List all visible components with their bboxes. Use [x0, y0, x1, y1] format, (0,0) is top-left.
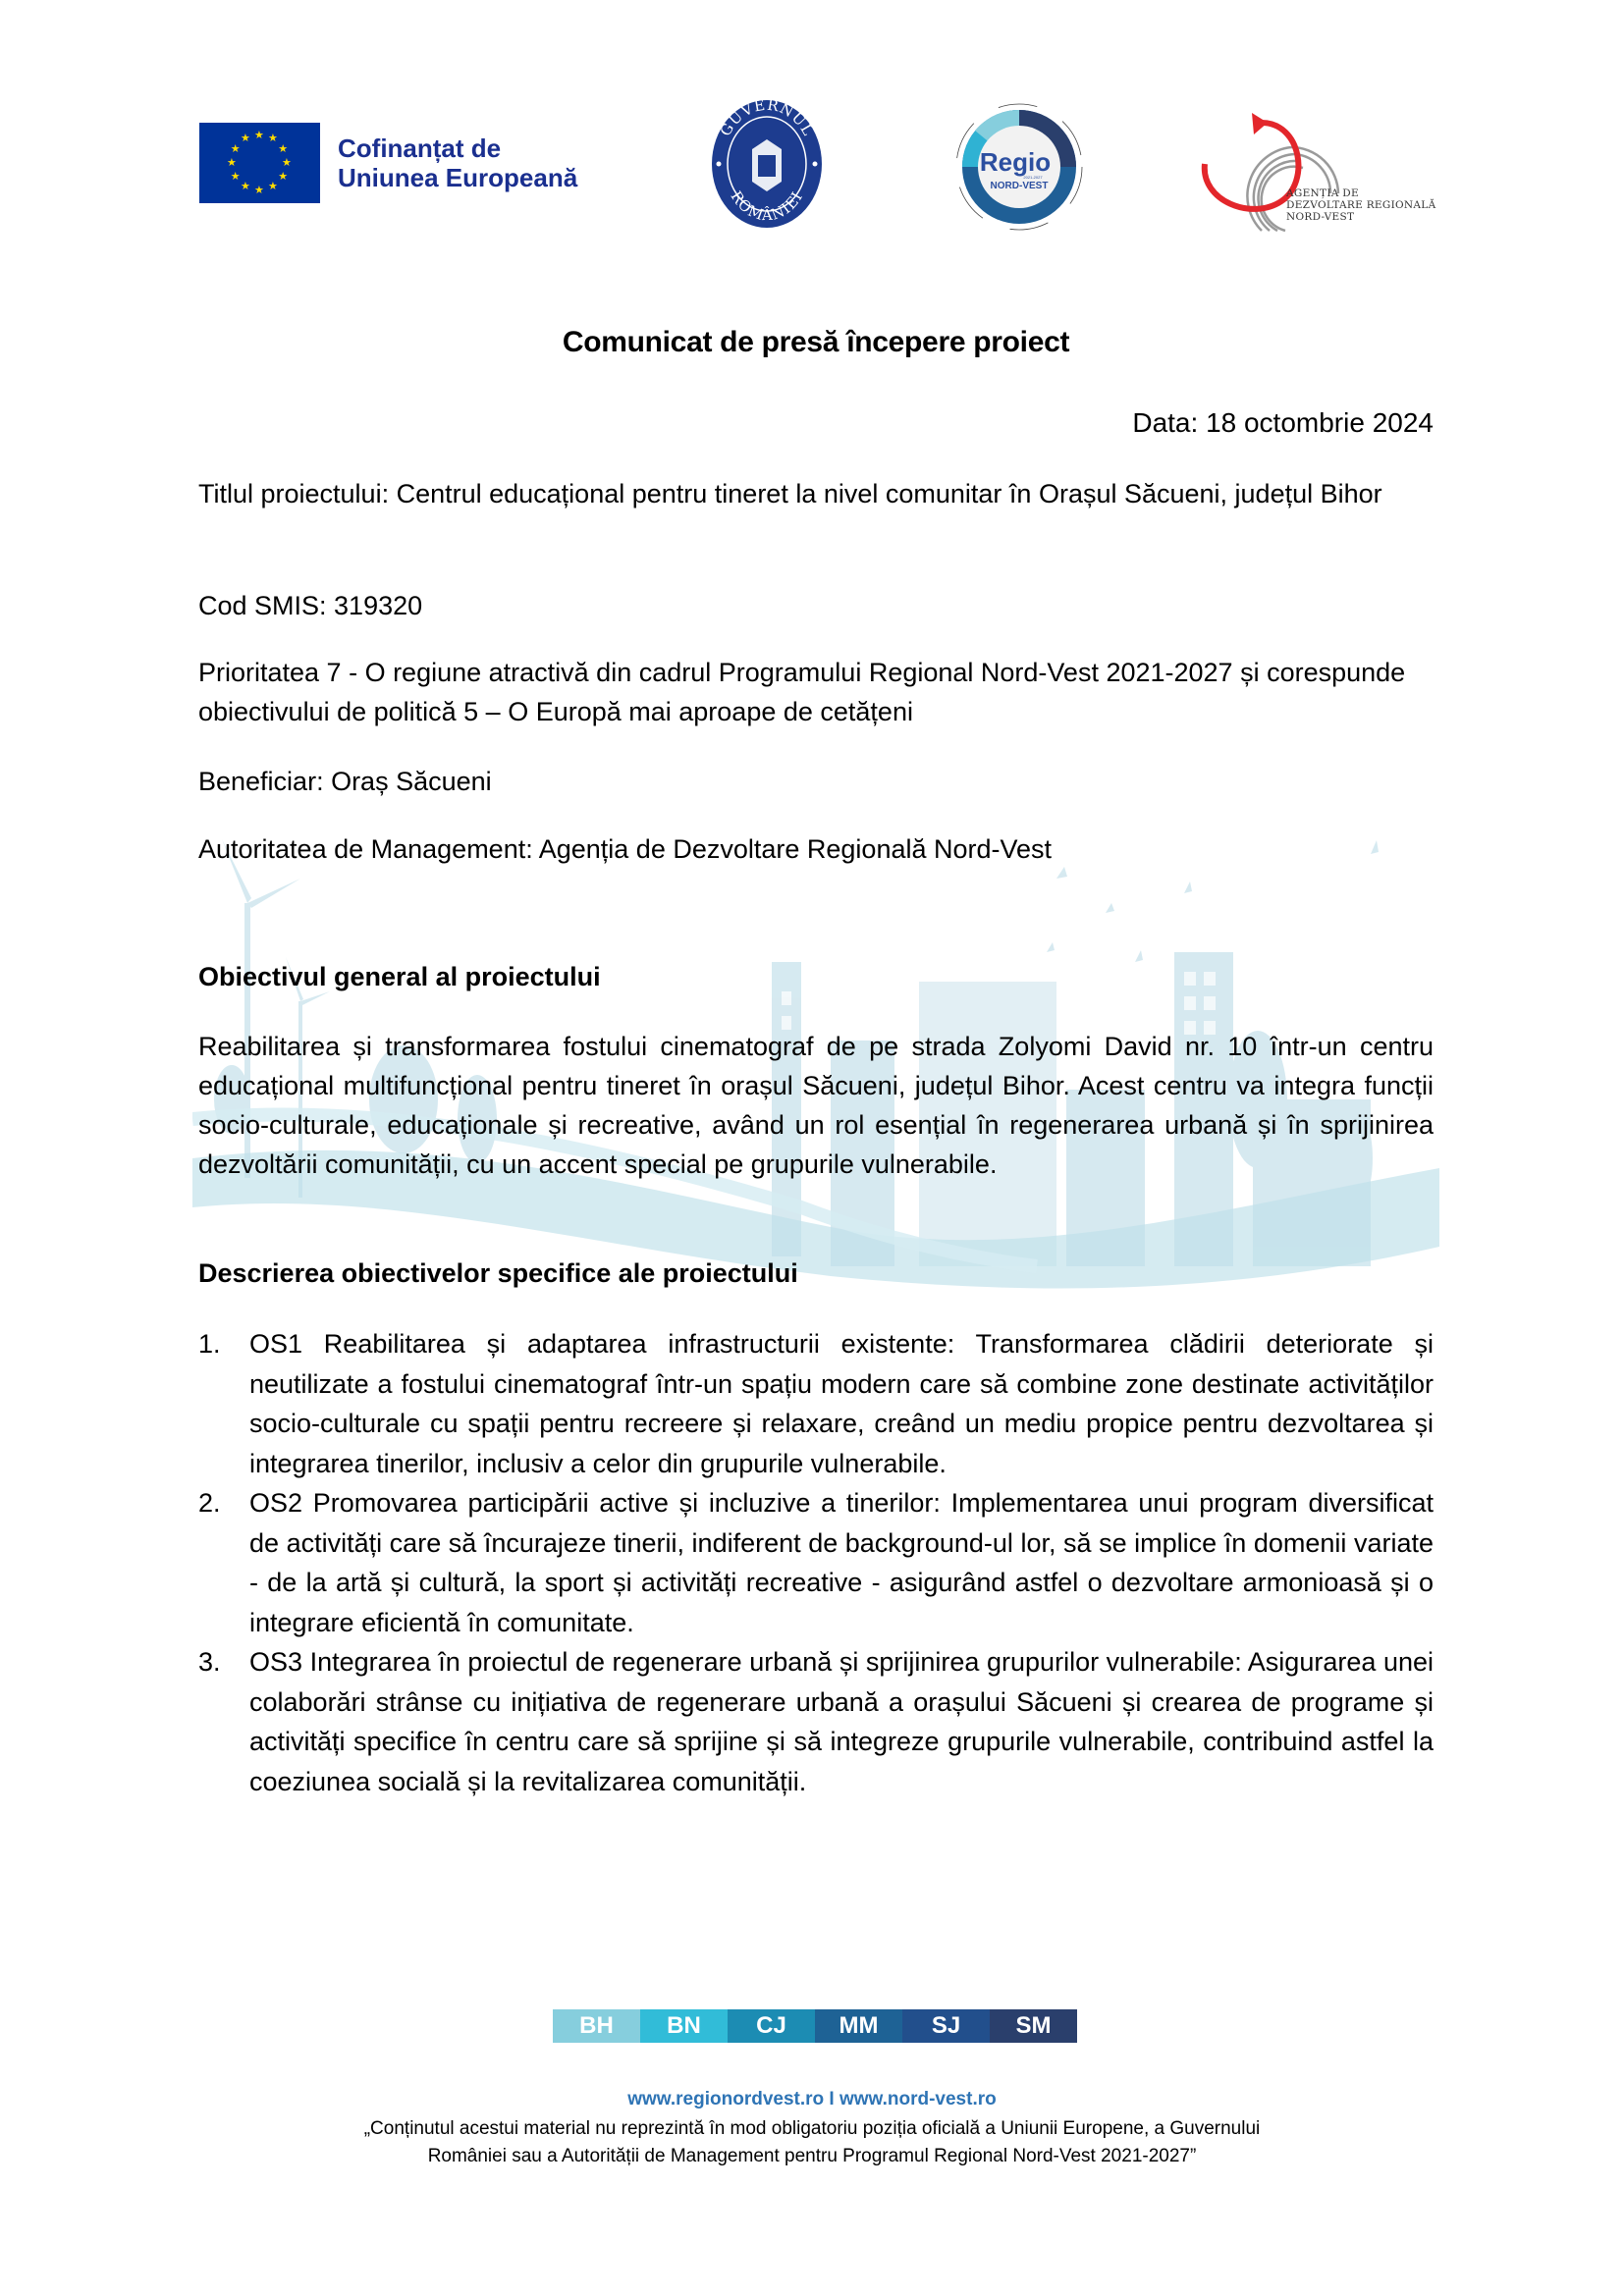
list-item-text: OS2 Promovarea participării active și in… [249, 1488, 1434, 1637]
project-title: Titlul proiectului: Centrul educațional … [198, 474, 1434, 513]
footer-websites[interactable]: www.regionordvest.ro I www.nord-vest.ro [0, 2089, 1624, 2110]
list-item-number: 3. [198, 1642, 221, 1682]
list-item-text: OS1 Reabilitarea și adaptarea infrastruc… [249, 1329, 1434, 1478]
general-objective-text: Reabilitarea și transformarea fostului c… [198, 1027, 1434, 1184]
release-date: Data: 18 octombrie 2024 [1132, 407, 1434, 439]
eu-star-icon: ★ [241, 133, 250, 144]
specific-objectives-heading: Descrierea obiectivelor specifice ale pr… [198, 1258, 798, 1289]
regio-logo-icon: Regio 2021-2027 NORD-VEST [950, 98, 1088, 236]
svg-text:2021-2027: 2021-2027 [1023, 175, 1043, 180]
eu-logo-line1: Cofinanțat de [338, 133, 577, 163]
managing-authority: Autoritatea de Management: Agenția de De… [198, 829, 1434, 869]
specific-objectives-list: 1. OS1 Reabilitarea și adaptarea infrast… [198, 1324, 1434, 1801]
eu-star-icon: ★ [282, 158, 292, 169]
list-item-number: 2. [198, 1483, 221, 1523]
general-objective-heading: Obiectivul general al proiectului [198, 962, 601, 992]
page-title: Comunicat de presă începere proiect [198, 326, 1434, 359]
county-bh: BH [553, 2009, 640, 2043]
county-sm: SM [990, 2009, 1077, 2043]
adr-line1: AGENȚIA DE [1286, 187, 1435, 199]
list-item-number: 1. [198, 1324, 221, 1364]
eu-star-icon: ★ [278, 144, 288, 155]
disclaimer-line2: României sau a Autorității de Management… [0, 2143, 1624, 2170]
county-mm: MM [815, 2009, 902, 2043]
county-sj: SJ [902, 2009, 990, 2043]
eu-star-icon: ★ [254, 131, 264, 141]
eu-star-icon: ★ [268, 133, 278, 144]
adr-line3: NORD-VEST [1286, 211, 1435, 223]
adr-nord-vest-logo: AGENȚIA DE DEZVOLTARE REGIONALĂ NORD-VES… [1193, 103, 1448, 236]
svg-text:NORD-VEST: NORD-VEST [991, 181, 1049, 191]
footer-disclaimer: „Conținutul acestui material nu reprezin… [0, 2115, 1624, 2170]
guvernul-romaniei-seal-icon: GUVERNUL ROMÂNIEI [709, 98, 825, 231]
eu-logo-text: Cofinanțat de Uniunea Europeană [338, 133, 577, 192]
eu-star-icon: ★ [278, 172, 288, 183]
smis-code: Cod SMIS: 319320 [198, 586, 1434, 625]
eu-star-icon: ★ [231, 144, 241, 155]
eu-star-icon: ★ [254, 186, 264, 196]
svg-text:Regio: Regio [980, 147, 1051, 177]
adr-line2: DEZVOLTARE REGIONALĂ [1286, 199, 1435, 211]
eu-flag-icon: ★★★★★★★★★★★★ [199, 123, 320, 203]
list-item: 3. OS3 Integrarea în proiectul de regene… [198, 1642, 1434, 1801]
eu-star-icon: ★ [268, 182, 278, 192]
list-item: 1. OS1 Reabilitarea și adaptarea infrast… [198, 1324, 1434, 1483]
eu-star-icon: ★ [241, 182, 250, 192]
list-item-text: OS3 Integrarea în proiectul de regenerar… [249, 1647, 1434, 1796]
beneficiary: Beneficiar: Oraș Săcueni [198, 762, 1434, 801]
list-item: 2. OS2 Promovarea participării active și… [198, 1483, 1434, 1642]
county-bn: BN [640, 2009, 728, 2043]
adr-logo-text: AGENȚIA DE DEZVOLTARE REGIONALĂ NORD-VES… [1286, 187, 1435, 223]
disclaimer-line1: „Conținutul acestui material nu reprezin… [0, 2115, 1624, 2143]
eu-cofinancing-logo: ★★★★★★★★★★★★ Cofinanțat de Uniunea Europ… [199, 123, 577, 203]
county-cj: CJ [728, 2009, 815, 2043]
eu-logo-line2: Uniunea Europeană [338, 163, 577, 192]
priority-axis: Prioritatea 7 - O regiune atractivă din … [198, 653, 1434, 731]
eu-star-icon: ★ [227, 158, 237, 169]
county-strip: BHBNCJMMSJSM [553, 2009, 1077, 2043]
eu-star-icon: ★ [231, 172, 241, 183]
